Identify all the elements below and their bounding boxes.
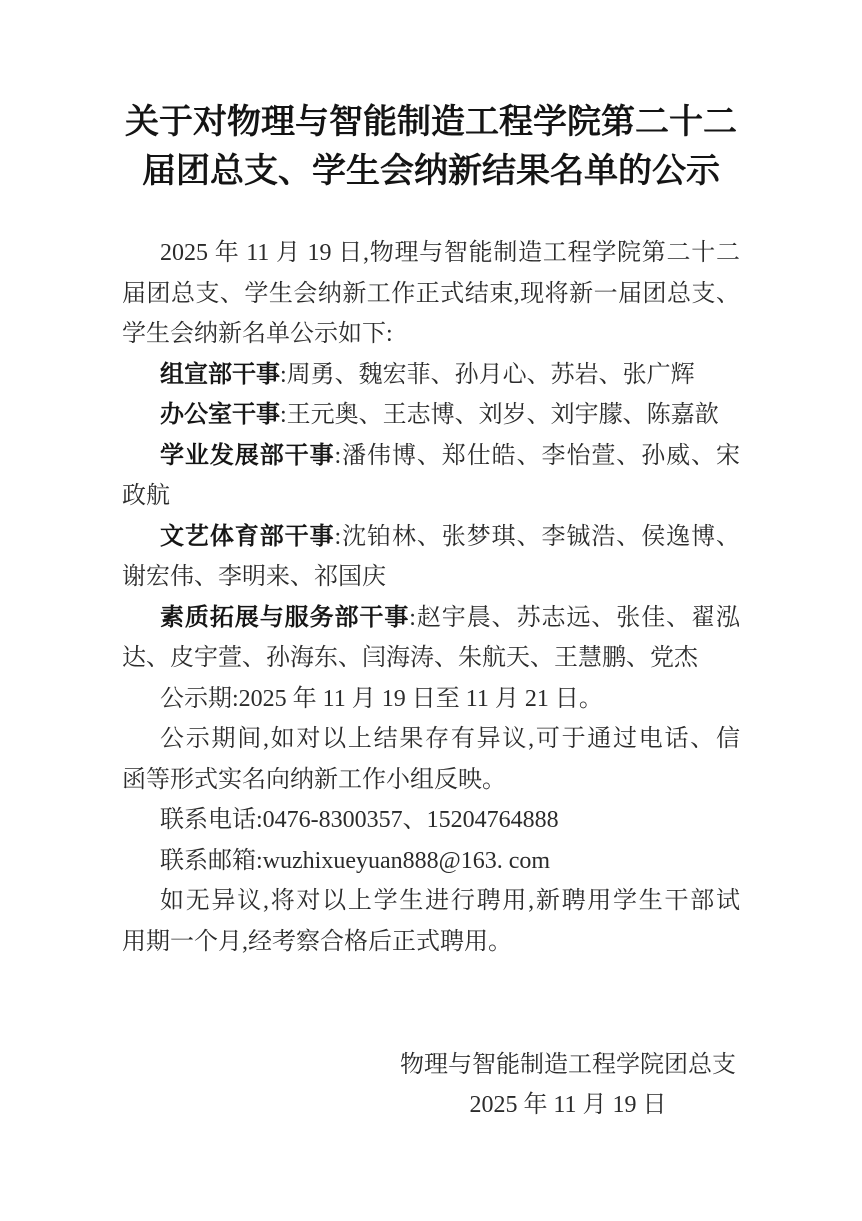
section-label: 学业发展部干事 [160,442,335,469]
closing-line-1: 如无异议,将对以上学生进行聘用,新聘用学生干部试 [122,881,740,922]
section-names: 赵宇晨、苏志远、张佳、翟泓 [416,605,740,631]
contact-phone-line: 联系电话:0476-8300357、15204764888 [122,800,740,841]
section-academic-development: 学业发展部干事:潘伟博、郑仕皓、李怡萱、孙威、宋 [122,436,740,477]
intro-line-3: 学生会纳新名单公示如下: [122,314,740,355]
section-label: 办公室干事 [160,401,280,428]
announcement-page: 关于对物理与智能制造工程学院第二十二 届团总支、学生会纳新结果名单的公示 202… [0,0,862,1221]
publicity-period-line: 公示期:2025 年 11 月 19 日至 11 月 21 日。 [122,679,740,720]
section-arts-sports: 文艺体育部干事:沈铂林、张梦琪、李铖浩、侯逸博、 [122,517,740,558]
section-names: 潘伟博、郑仕皓、李怡萱、孙威、宋 [341,443,740,469]
objection-line-2: 函等形式实名向纳新工作小组反映。 [122,760,740,801]
section-label: 组宣部干事 [160,361,280,388]
title-line-1: 关于对物理与智能制造工程学院第二十二 [122,98,740,147]
section-label: 文艺体育部干事 [160,523,335,550]
document-body: 2025 年 11 月 19 日,物理与智能制造工程学院第二十二 届团总支、学生… [122,233,740,962]
title-line-2: 届团总支、学生会纳新结果名单的公示 [122,147,740,196]
section-organization-publicity: 组宣部干事:周勇、魏宏菲、孙月心、苏岩、张广辉 [122,355,740,396]
section-names-overflow: 政航 [122,476,740,517]
contact-email-line: 联系邮箱:wuzhixueyuan888@163. com [122,841,740,882]
section-names-overflow: 谢宏伟、李明来、祁国庆 [122,557,740,598]
objection-line-1: 公示期间,如对以上结果存有异议,可于通过电话、信 [122,719,740,760]
section-office: 办公室干事:王元奥、王志博、刘岁、刘宇朦、陈嘉歆 [122,395,740,436]
section-colon: : [280,402,287,428]
section-names: 周勇、魏宏菲、孙月心、苏岩、张广辉 [287,362,695,388]
section-quality-service: 素质拓展与服务部干事:赵宇晨、苏志远、张佳、翟泓 [122,598,740,639]
section-colon: : [280,362,287,388]
signature-block: 物理与智能制造工程学院团总支 2025 年 11 月 19 日 [400,1045,736,1125]
section-names: 沈铂林、张梦琪、李铖浩、侯逸博、 [341,524,740,550]
section-label: 素质拓展与服务部干事 [160,604,409,631]
closing-line-2: 用期一个月,经考察合格后正式聘用。 [122,922,740,963]
document-title: 关于对物理与智能制造工程学院第二十二 届团总支、学生会纳新结果名单的公示 [122,98,740,196]
intro-line-2: 届团总支、学生会纳新工作正式结束,现将新一届团总支、 [122,274,740,315]
intro-line-1: 2025 年 11 月 19 日,物理与智能制造工程学院第二十二 [122,233,740,274]
section-names: 王元奥、王志博、刘岁、刘宇朦、陈嘉歆 [287,402,719,428]
section-colon: : [409,605,416,631]
signature-date: 2025 年 11 月 19 日 [400,1085,736,1125]
signature-org: 物理与智能制造工程学院团总支 [400,1045,736,1085]
section-names-overflow: 达、皮宇萱、孙海东、闫海涛、朱航天、王慧鹏、党杰 [122,638,740,679]
